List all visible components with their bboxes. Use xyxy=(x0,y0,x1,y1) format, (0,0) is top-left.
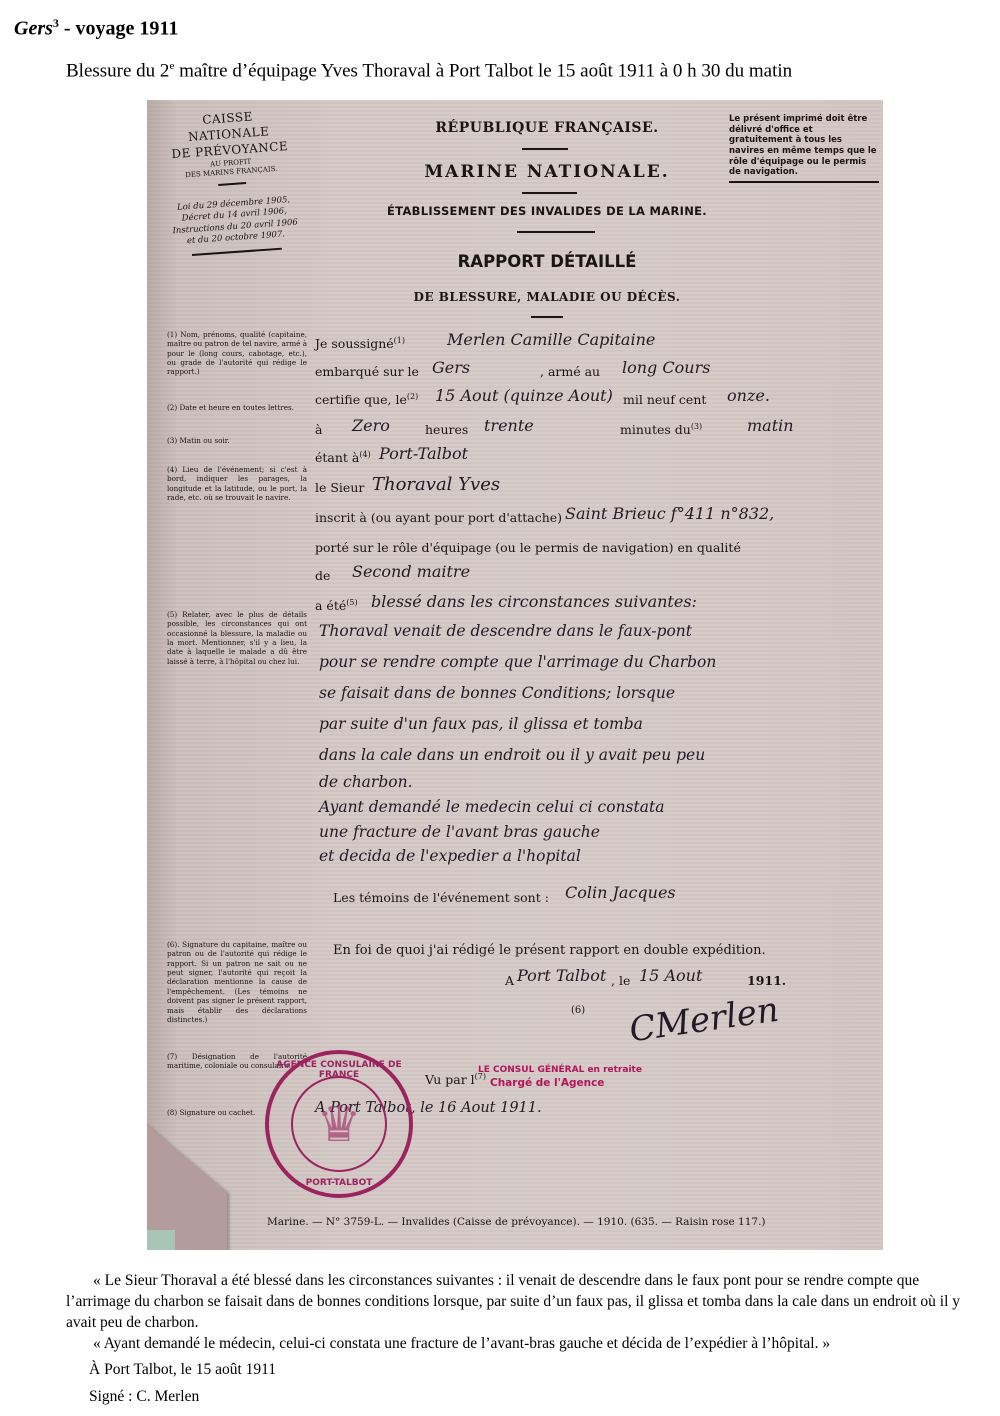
rapport-heading: RAPPORT DÉTAILLÉ xyxy=(397,252,697,271)
hours-value: Zero xyxy=(352,416,390,435)
location-value: Port-Talbot xyxy=(379,444,468,463)
scanned-document: CAISSE NATIONALE DE PRÉVOYANCE AU PROFIT… xyxy=(147,100,883,1250)
year-value: onze. xyxy=(727,386,770,405)
label: certifie que, le xyxy=(315,392,407,407)
label: minutes du xyxy=(620,422,691,437)
narrative-line: et decida de l'expedier a l'hopital xyxy=(319,847,581,865)
minutes-value: trente xyxy=(484,416,534,435)
aete-line: a été(5) xyxy=(315,598,358,613)
soussigne-value: Merlen Camille Capitaine xyxy=(447,330,655,349)
republique-heading: RÉPUBLIQUE FRANÇAISE. xyxy=(397,120,697,136)
page-heading: Gers3 - voyage 1911 xyxy=(14,16,178,41)
sign-date-value: 15 Aout xyxy=(639,966,702,985)
red-stamp-line1: LE CONSUL GÉNÉRAL en retraite xyxy=(478,1065,642,1077)
minutes-line: minutes du(3) xyxy=(620,422,702,437)
lieu-prefix: A xyxy=(505,973,514,988)
narrative-line: par suite d'un faux pas, il glissa et to… xyxy=(319,715,643,733)
temoins-value: Colin Jacques xyxy=(565,883,676,902)
sieur-label: le Sieur xyxy=(315,480,364,495)
subtitle-post: maître d’équipage Yves Thoraval à Port T… xyxy=(174,60,792,81)
margin-note-2: (2) Date et heure en toutes lettres. xyxy=(167,403,307,412)
consular-stamp: AGENCE CONSULAIRE DE FRANCE ♛ PORT-TALBO… xyxy=(265,1050,413,1198)
marine-heading: MARINE NATIONALE. xyxy=(397,162,697,182)
consul-red-stamp: LE CONSUL GÉNÉRAL en retraite Chargé de … xyxy=(478,1065,642,1090)
date-value: 15 Aout (quinze Aout) xyxy=(435,386,613,405)
transcript-place-date: À Port Talbot, le 15 août 1911 xyxy=(89,1361,276,1379)
margin-note-5: (5) Relater, avec le plus de détails pos… xyxy=(167,610,307,666)
soussigne-line: Je soussigné(1) xyxy=(315,336,405,351)
divider xyxy=(517,231,595,233)
page-subtitle: Blessure du 2e maître d’équipage Yves Th… xyxy=(66,60,792,82)
subtitle-pre: Blessure du 2 xyxy=(66,60,169,81)
ref: (1) xyxy=(394,336,405,345)
margin-note-6: (6). Signature du capitaine, maître ou p… xyxy=(167,940,307,1024)
stamp-bottom-text: PORT-TALBOT xyxy=(269,1178,409,1188)
heures-label: heures xyxy=(425,422,468,437)
ref: (5) xyxy=(346,598,357,607)
divider xyxy=(531,316,563,318)
ship-name: Gers xyxy=(14,18,53,40)
narrative-line: se faisait dans de bonnes Conditions; lo… xyxy=(319,684,675,702)
sieur-value: Thoraval Yves xyxy=(372,474,500,495)
embarque-label: embarqué sur le xyxy=(315,364,419,379)
temoins-label: Les témoins de l'événement sont : xyxy=(333,890,549,905)
narrative-line: Thoraval venait de descendre dans le fau… xyxy=(319,622,692,640)
narrative-line: Ayant demandé le medecin celui ci consta… xyxy=(319,798,664,816)
divider xyxy=(729,181,879,183)
etablissement-heading: ÉTABLISSEMENT DES INVALIDES DE LA MARINE… xyxy=(357,204,737,218)
label: Je soussigné xyxy=(315,336,394,351)
en-foi-text: En foi de quoi j'ai rédigé le présent ra… xyxy=(333,943,766,958)
label: étant à xyxy=(315,450,359,465)
period-value: matin xyxy=(747,416,794,435)
a-label: à xyxy=(315,422,322,437)
transcript: « Le Sieur Thoraval a été blessé dans le… xyxy=(66,1270,966,1354)
margin-note-4: (4) Lieu de l'événement; si c'est à bord… xyxy=(167,465,307,502)
vu-par-line: Vu par l(7) xyxy=(425,1072,486,1087)
notice-box: Le présent imprimé doit être délivré d'o… xyxy=(729,114,879,183)
narrative-line: une fracture de l'avant bras gauche xyxy=(319,823,600,841)
arme-value: long Cours xyxy=(622,358,710,377)
label: Vu par l xyxy=(425,1072,475,1087)
date-le-label: , le xyxy=(611,973,630,988)
underlying-page xyxy=(147,1230,175,1250)
inscrit-value: Saint Brieuc f°411 n°832, xyxy=(565,504,774,523)
ship-value: Gers xyxy=(432,358,470,377)
arme-label: , armé au xyxy=(540,364,600,379)
porte-label: porté sur le rôle d'équipage (ou le perm… xyxy=(315,540,741,555)
transcript-paragraph-1: « Le Sieur Thoraval a été blessé dans le… xyxy=(66,1270,966,1333)
printer-footer: Marine. — N° 3759-L. — Invalides (Caisse… xyxy=(267,1216,766,1228)
lieu-value: Port Talbot xyxy=(517,966,606,985)
divider xyxy=(218,182,246,185)
margin-note-3: (3) Matin ou soir. xyxy=(167,436,307,445)
mil-label: mil neuf cent xyxy=(623,392,706,407)
lois-block: Loi du 29 décembre 1905, Décret du 14 av… xyxy=(168,194,301,249)
label: a été xyxy=(315,598,346,613)
sign-year: 1911. xyxy=(747,973,786,988)
margin-note-1: (1) Nom, prénoms, qualité (capitaine, ma… xyxy=(167,330,307,377)
inscrit-label: inscrit à (ou ayant pour port d'attache) xyxy=(315,510,562,525)
transcript-signature: Signé : C. Merlen xyxy=(89,1388,199,1406)
aete-value: blessé dans les circonstances suivantes: xyxy=(371,592,697,611)
notice-text: Le présent imprimé doit être délivré d'o… xyxy=(729,114,877,177)
ref: (4) xyxy=(359,450,370,459)
narrative-line: de charbon. xyxy=(319,773,413,791)
ref: (3) xyxy=(691,422,702,431)
heading-suffix: - voyage 1911 xyxy=(59,18,178,40)
divider xyxy=(522,148,568,150)
caisse-block: CAISSE NATIONALE DE PRÉVOYANCE AU PROFIT… xyxy=(162,106,302,258)
qualite-value: Second maitre xyxy=(352,562,470,581)
etant-line: étant à(4) xyxy=(315,450,371,465)
de-label: de xyxy=(315,568,330,583)
divider xyxy=(522,192,577,194)
liberty-figure-icon: ♛ xyxy=(299,1084,379,1164)
sig-ref: (6) xyxy=(571,1005,585,1016)
transcript-paragraph-2: « Ayant demandé le médecin, celui-ci con… xyxy=(66,1333,966,1354)
narrative-line: pour se rendre compte que l'arrimage du … xyxy=(319,653,716,671)
certifie-line: certifie que, le(2) xyxy=(315,392,418,407)
rapport-subheading: DE BLESSURE, MALADIE OU DÉCÈS. xyxy=(397,290,697,304)
stamp-top-text: AGENCE CONSULAIRE DE FRANCE xyxy=(269,1060,409,1080)
red-stamp-line2: Chargé de l'Agence xyxy=(478,1077,642,1091)
narrative-line: dans la cale dans un endroit ou il y ava… xyxy=(319,746,705,764)
ref: (2) xyxy=(407,392,418,401)
